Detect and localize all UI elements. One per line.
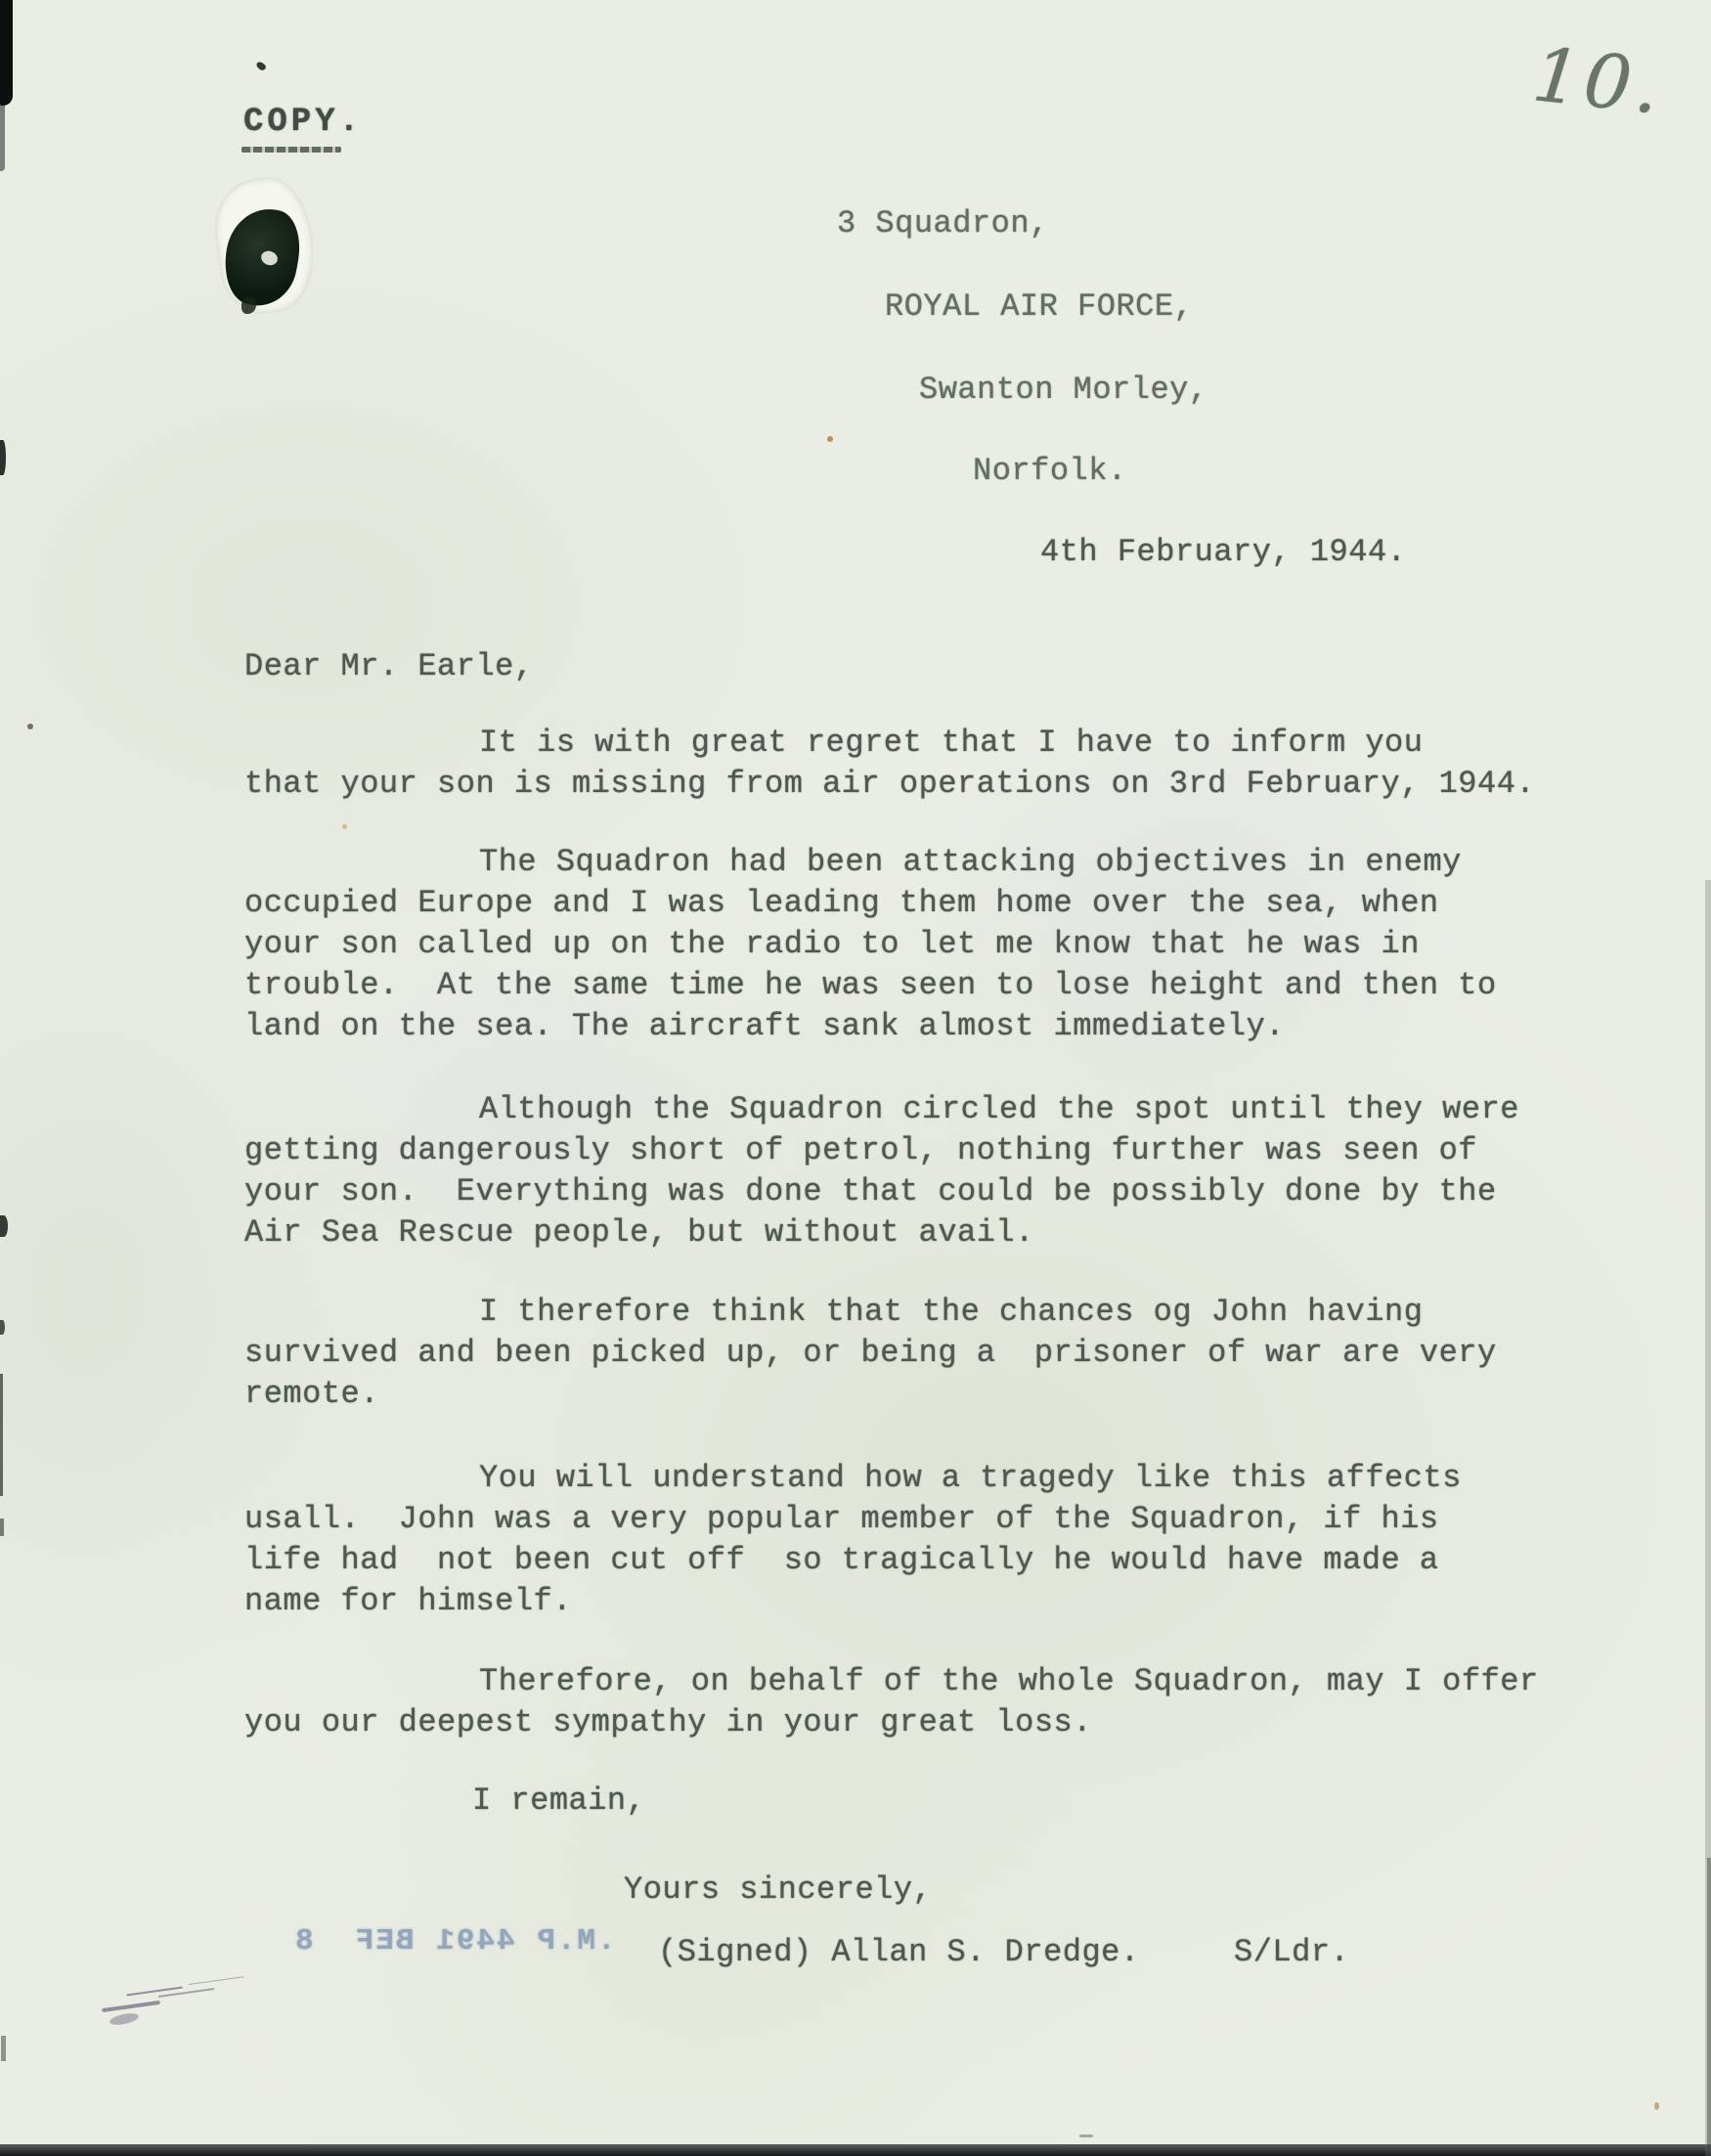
scan-artifact-bottom-edge	[0, 2144, 1711, 2156]
paper-speck	[1079, 2134, 1093, 2137]
paragraph-3: Although the Squadron circled the spot u…	[244, 1089, 1623, 1254]
paragraph-1: It is with great regret that I have to i…	[244, 723, 1623, 805]
paper-speck	[27, 724, 33, 729]
letterhead-county: Norfolk.	[973, 451, 1127, 492]
paper-speck	[255, 61, 267, 72]
scan-artifact-left-edge	[0, 1320, 5, 1335]
paragraph-4: I therefore think that the chances og Jo…	[244, 1292, 1623, 1415]
valediction: Yours sincerely,	[624, 1870, 932, 1911]
paragraph-5: You will understand how a tragedy like t…	[244, 1458, 1623, 1622]
scan-artifact-left-edge	[0, 1215, 8, 1237]
scan-artifact-left-edge	[0, 1374, 3, 1496]
letterhead-service: ROYAL AIR FORCE,	[885, 286, 1193, 328]
letterhead-squadron: 3 Squadron,	[837, 203, 1049, 244]
copy-label-underline	[241, 147, 341, 153]
date-stamp-mirrored: .M.P 4491 BEF 8	[293, 1924, 616, 1958]
paper-speck	[1654, 2102, 1659, 2110]
signature-rank: S/Ldr.	[1234, 1932, 1349, 1973]
salutation: Dear Mr. Earle,	[244, 646, 534, 687]
ink-smudge	[102, 1987, 248, 2026]
letter-date: 4th February, 1944.	[1040, 532, 1406, 573]
scan-artifact-left-edge	[0, 1518, 4, 1536]
paper-speck	[342, 824, 347, 829]
signature: (Signed) Allan S. Dredge.	[658, 1932, 1140, 1973]
paper-speck	[827, 436, 833, 442]
letterhead-station: Swanton Morley,	[919, 370, 1208, 411]
page-number-handwritten: 10.	[1529, 30, 1667, 130]
scan-artifact-left-edge	[0, 98, 5, 171]
paragraph-6: Therefore, on behalf of the whole Squadr…	[244, 1661, 1623, 1743]
scan-artifact-left-edge	[0, 0, 13, 106]
letter-page: COPY. 10. 3 Squadron, ROYAL AIR FORCE, S…	[0, 0, 1711, 2156]
scan-artifact-right-edge	[1707, 1858, 1711, 2156]
copy-label: COPY.	[243, 102, 363, 143]
scan-artifact-left-edge	[0, 440, 6, 475]
closing: I remain,	[472, 1781, 645, 1822]
scan-artifact-left-edge	[1, 2036, 6, 2061]
paragraph-2: The Squadron had been attacking objectiv…	[244, 842, 1623, 1047]
